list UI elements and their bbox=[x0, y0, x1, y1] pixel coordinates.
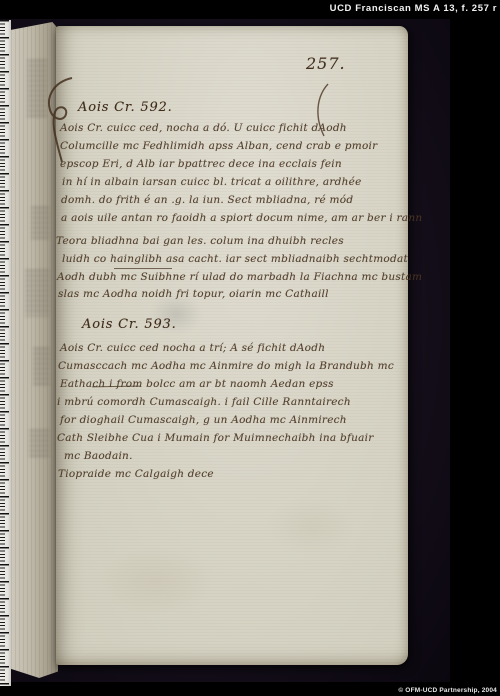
manuscript-line: slas mc Aodha noidh fri topur, oiarin mc… bbox=[58, 288, 329, 300]
manuscript-line: luidh co hainglibh asa cacht. iar sect m… bbox=[62, 253, 408, 265]
copyright-label: © OFM-UCD Partnership, 2004 bbox=[398, 687, 497, 694]
manuscript-line: Aodh dubh mc Suibhne rí ulad do marbadh … bbox=[57, 271, 422, 283]
initial-swash-icon bbox=[42, 74, 78, 166]
ruler-icon bbox=[0, 20, 11, 686]
manuscript-line: a aois uile antan ro faoidh a spiort doc… bbox=[61, 212, 422, 224]
parchment-stain bbox=[266, 496, 356, 556]
manuscript-line: Cumasccach mc Aodha mc Ainmire do migh l… bbox=[58, 360, 394, 372]
manuscript-page: 257. Aois Cr. 592. Aois Cr. cuicc ced, n… bbox=[56, 26, 408, 665]
manuscript-line: Columcille mc Fedhlimidh apss Alban, cen… bbox=[60, 140, 377, 152]
shelfmark-label: UCD Franciscan MS A 13, f. 257 r bbox=[330, 3, 497, 14]
manuscript-line: i mbrú comordh Cumascaigh. i fail Cille … bbox=[57, 396, 351, 408]
entry-heading-593: Aois Cr. 593. bbox=[82, 317, 177, 332]
manuscript-line: Tiopraide mc Calgaigh dece bbox=[58, 468, 214, 480]
parchment-stain bbox=[96, 546, 216, 616]
bleedthrough-mark bbox=[33, 348, 49, 388]
manuscript-line: Aois Cr. cuicc ced, nocha a dó. U cuicc … bbox=[60, 122, 347, 134]
ruler-long-ticks bbox=[0, 20, 9, 686]
manuscript-line: domh. do frith é an .g. la iun. Sect mbl… bbox=[61, 194, 353, 206]
bleedthrough-mark bbox=[29, 430, 49, 460]
scribal-underline bbox=[114, 268, 172, 269]
manuscript-photo-frame: 257. Aois Cr. 592. Aois Cr. cuicc ced, n… bbox=[0, 0, 500, 696]
entry-heading-592: Aois Cr. 592. bbox=[78, 100, 173, 115]
bleedthrough-mark bbox=[25, 270, 49, 316]
manuscript-line: Eathach i from bolcc am ar bt naomh Aeda… bbox=[60, 378, 334, 390]
manuscript-line: mc Baodain. bbox=[64, 450, 133, 462]
manuscript-line: epscop Eri, d Alb iar bpattrec dece ina … bbox=[60, 158, 342, 170]
manuscript-line: for dioghail Cumascaigh, g un Aodha mc A… bbox=[60, 414, 347, 426]
manuscript-line: Teora bliadhna bai gan les. colum ina dh… bbox=[56, 235, 344, 247]
manuscript-line: Aois Cr. cuicc ced nocha a trí; A sé fic… bbox=[60, 342, 325, 354]
bleedthrough-mark bbox=[31, 207, 49, 241]
manuscript-line: Cath Sleibhe Cua i Mumain for Muimnechai… bbox=[57, 432, 373, 444]
folio-number: 257. bbox=[306, 54, 346, 73]
manuscript-line: in hí in albain iarsan cuicc bl. tricat … bbox=[62, 176, 362, 188]
